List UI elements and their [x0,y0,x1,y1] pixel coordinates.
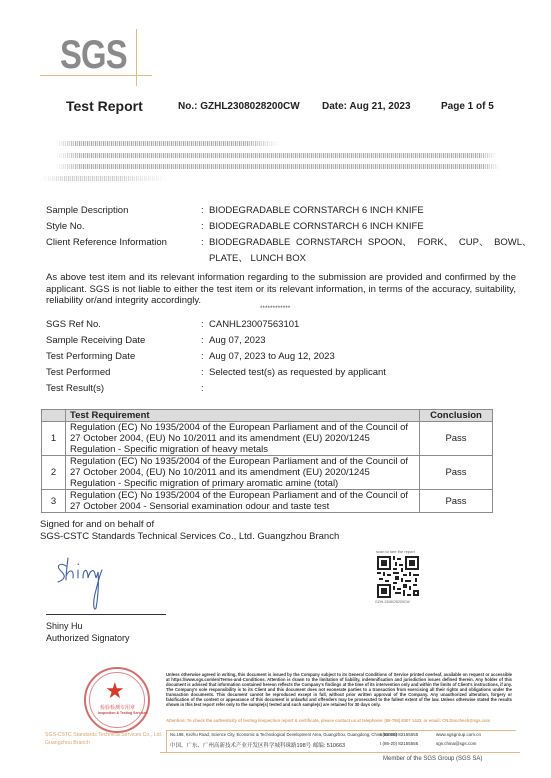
stamp-chinese-text: 检验检测专用章 [100,704,135,711]
table-row: 3 Regulation (EC) No 1935/2004 of the Eu… [42,490,493,513]
info-value: BIODEGRADABLE CORNSTARCH SPOON、 FORK、 CU… [209,237,532,248]
separator-stars: ************ [260,306,290,312]
qr-caption: scan to see the report [376,549,415,554]
info-row-style-no: Style No. :BIODEGRADABLE CORNSTARCH 6 IN… [46,219,516,235]
row-conclusion: Pass [420,490,493,513]
table-row: 2 Regulation (EC) No 1935/2004 of the Eu… [42,456,493,490]
info-value: Aug 07, 2023 [209,335,266,346]
footer-rule [166,730,516,731]
info-label: Style No. [46,219,201,235]
disclaimer-paragraph: As above test item and its relevant info… [46,272,516,307]
report-title: Test Report [66,98,143,114]
signatory-title: Authorized Signatory [46,632,130,644]
info-label: Client Reference Information [46,235,201,251]
test-info-section: SGS Ref No. :CANHL23007563101 Sample Rec… [46,317,516,397]
footer-address-en: No.198, Kezhu Road, Science City, Econom… [170,732,398,737]
stamp-company-line2: Guangzhou Branch [45,739,162,747]
row-number: 1 [42,422,66,456]
footer-disclaimer: Unless otherwise agreed in writing, this… [166,672,512,707]
signatory: Shiny Hu Authorized Signatory [46,620,130,644]
info-value: Aug 07, 2023 to Aug 12, 2023 [209,351,335,362]
footer-telephone: t (86-20) 82155555 [380,732,418,737]
stamp-english-text: Inspection & Testing Services [98,711,148,715]
info-row-sgs-ref: SGS Ref No. :CANHL23007563101 [46,317,516,333]
handwritten-signature [52,552,122,614]
table-row: 1 Regulation (EC) No 1935/2004 of the Eu… [42,422,493,456]
info-row-receiving-date: Sample Receiving Date :Aug 07, 2023 [46,333,516,349]
page-indicator: Page 1 of 5 [441,101,494,112]
signature-line [46,614,166,615]
security-barcode-strip [40,176,170,181]
footer-website-link[interactable]: www.sgsgroup.com.cn [436,732,481,737]
info-label: Sample Description [46,203,201,219]
footer-telephone: t (86-20) 82155555 [380,741,418,746]
info-label: Sample Receiving Date [46,333,201,349]
report-date: Date: Aug 21, 2023 [322,101,411,112]
stamp-company-line1: SGS-CSTC Standards Technical Services Co… [45,731,162,739]
qr-report-id: GZHL2308028200CW [375,600,410,604]
info-row-test-performed: Test Performed :Selected test(s) as requ… [46,365,516,381]
report-number: No.: GZHL2308028200CW [178,101,300,112]
sample-info-section: Sample Description :BIODEGRADABLE CORNST… [46,203,516,267]
security-barcode-strip [55,153,497,158]
info-row-performing-date: Test Performing Date :Aug 07, 2023 to Au… [46,349,516,365]
footer-email-link[interactable]: sgs.china@sgs.com [436,741,476,746]
info-value: CANHL23007563101 [209,319,299,330]
row-number: 2 [42,456,66,490]
info-value: BIODEGRADABLE CORNSTARCH 6 INCH KNIFE [209,205,424,216]
sgs-logo: SGS [60,33,127,77]
signed-on-behalf: Signed for and on behalf of SGS-CSTC Sta… [40,519,339,543]
row-conclusion: Pass [420,456,493,490]
info-value: BIODEGRADABLE CORNSTARCH 6 INCH KNIFE [209,221,424,232]
info-row-client-reference: Client Reference Information :BIODEGRADA… [46,235,516,251]
footer-member: Member of the SGS Group (SGS SA) [383,756,482,762]
column-header-number [42,410,66,422]
info-label: Test Result(s) [46,381,201,397]
footer-attention: Attention: To check the authenticity of … [166,718,512,723]
stamp-company: SGS-CSTC Standards Technical Services Co… [45,731,162,747]
row-number: 3 [42,490,66,513]
security-barcode-strip [55,164,500,169]
signed-line1: Signed for and on behalf of [40,519,339,531]
column-header-conclusion: Conclusion [420,410,493,422]
info-label: Test Performing Date [46,349,201,365]
star-icon: ★ [105,680,125,702]
info-value: Selected test(s) as requested by applica… [209,367,386,378]
info-row-test-results: Test Result(s) : [46,381,516,397]
logo-vertical-rule [136,29,137,86]
row-requirement: Regulation (EC) No 1935/2004 of the Euro… [66,422,420,456]
footer-rule [160,752,520,753]
signed-company: SGS-CSTC Standards Technical Services Co… [40,531,339,543]
column-header-requirement: Test Requirement [66,410,420,422]
security-barcode-strip [55,141,280,146]
row-requirement: Regulation (EC) No 1935/2004 of the Euro… [66,490,420,513]
info-label: Test Performed [46,365,201,381]
row-conclusion: Pass [420,422,493,456]
row-requirement: Regulation (EC) No 1935/2004 of the Euro… [66,456,420,490]
signatory-name: Shiny Hu [46,620,130,632]
info-row-sample-description: Sample Description :BIODEGRADABLE CORNST… [46,203,516,219]
table-header-row: Test Requirement Conclusion [42,410,493,422]
results-table: Test Requirement Conclusion 1 Regulation… [41,409,493,513]
qr-code-icon[interactable] [377,556,419,598]
info-value-continuation: PLATE、 LUNCH BOX [46,251,516,267]
info-label: SGS Ref No. [46,317,201,333]
footer-rule [166,730,167,753]
footer-address-cn: 中国、广东、广州高新技术产业开发区科学城科珠路198号 邮编: 510663 [170,741,345,749]
